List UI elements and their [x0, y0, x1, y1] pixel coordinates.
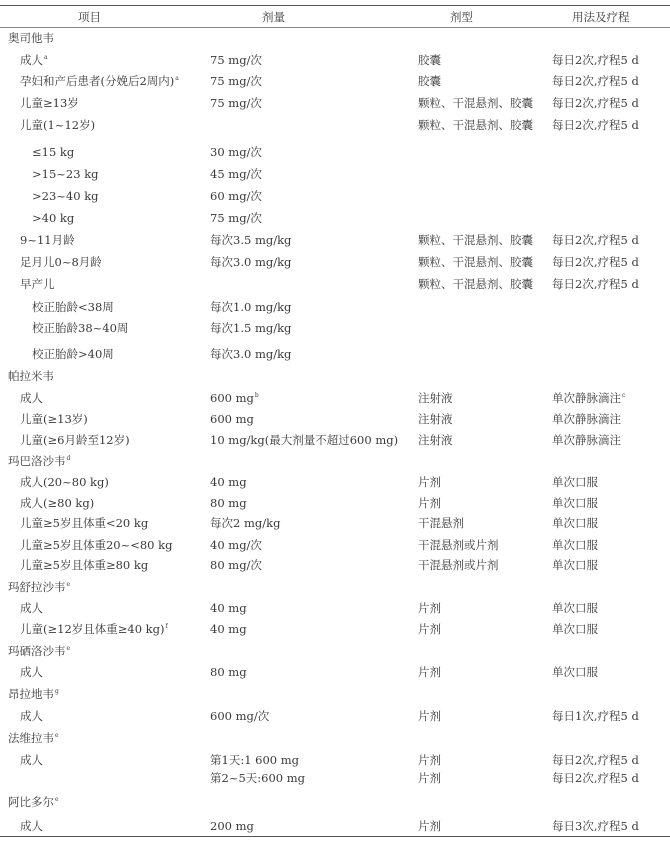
table-top-rule [0, 5, 670, 6]
usage-cell: 每日2次,疗程5 d [552, 116, 639, 134]
item-cell: 帕拉米韦 [8, 367, 54, 385]
table-row: 成人(≥80 kg)80 mg片剂单次口服 [0, 494, 670, 512]
dose-cell: 75 mg/次 [210, 209, 262, 227]
table-header-rule [0, 27, 670, 28]
form-cell: 注射液 [418, 410, 453, 428]
form-cell-text: 干混悬剂或片剂 [418, 558, 499, 572]
usage-cell-text: 单次口服 [552, 601, 598, 615]
usage-cell: 每日2次,疗程5 d [552, 94, 639, 112]
form-cell-text: 片剂 [418, 601, 441, 615]
item-cell-text: 成人 [20, 601, 43, 615]
dose-cell: 40 mg [210, 473, 247, 491]
drug-group-row: 昂拉地韦g [0, 685, 670, 703]
usage-cell-text: 每日2次,疗程5 d [552, 118, 639, 132]
drug-group-row: 奥司他韦 [0, 29, 670, 47]
dose-cell: 600 mgb [210, 389, 259, 407]
item-cell-text: 成人 [20, 391, 43, 405]
form-cell: 片剂 [418, 599, 441, 617]
form-cell: 干混悬剂 [418, 514, 464, 532]
dose-cell: 600 mg/次 [210, 707, 269, 725]
dose-cell: 每次3.5 mg/kg [210, 231, 291, 249]
form-cell: 片剂 [418, 620, 441, 638]
item-cell: ≤15 kg [32, 143, 74, 161]
table-row: ≤15 kg30 mg/次 [0, 143, 670, 161]
form-cell-text: 颗粒、干混悬剂、胶囊 [418, 277, 533, 291]
table-row: 成人a75 mg/次胶囊每日2次,疗程5 d [0, 51, 670, 69]
item-cell-text: 校正胎龄>40周 [32, 347, 114, 361]
usage-cell: 单次口服 [552, 536, 598, 554]
table-row: 足月儿0~8月龄每次3.0 mg/kg颗粒、干混悬剂、胶囊每日2次,疗程5 d [0, 253, 670, 271]
dose-cell-text: 600 mg [210, 391, 254, 405]
item-cell: 儿童(≥13岁) [20, 410, 88, 428]
dose-cell: 75 mg/次 [210, 72, 262, 90]
dose-cell: 每次1.0 mg/kg [210, 298, 291, 316]
dose-cell-text: 40 mg/次 [210, 538, 262, 552]
item-cell-text: 成人 [20, 709, 43, 723]
dose-cell: 60 mg/次 [210, 187, 262, 205]
table-bottom-rule [0, 836, 670, 837]
item-cell: >23~40 kg [32, 187, 99, 205]
usage-cell: 每日2次,疗程5 d [552, 275, 639, 293]
form-cell-text: 片剂 [418, 475, 441, 489]
item-cell-text: 帕拉米韦 [8, 369, 54, 383]
item-cell: 成人a [20, 51, 48, 69]
form-cell-text: 颗粒、干混悬剂、胶囊 [418, 233, 533, 247]
item-cell-text: 足月儿0~8月龄 [20, 255, 102, 269]
dose-cell-text: 75 mg/次 [210, 211, 262, 225]
footnote-marker: a [44, 54, 48, 61]
usage-cell-text: 单次口服 [552, 558, 598, 572]
table-row: 成人600 mg/次片剂每日1次,疗程5 d [0, 707, 670, 725]
dose-cell: 每次2 mg/kg [210, 514, 280, 532]
usage-cell: 单次口服 [552, 620, 598, 638]
item-cell-text: 儿童(1~12岁) [20, 118, 95, 132]
usage-cell: 每日2次,疗程5 d [552, 72, 639, 90]
item-cell-text: ≤15 kg [32, 145, 74, 159]
form-cell: 颗粒、干混悬剂、胶囊 [418, 231, 533, 249]
form-cell-text: 片剂 [418, 665, 441, 679]
table-row: 校正胎龄<38周每次1.0 mg/kg [0, 298, 670, 316]
table-row: 早产儿颗粒、干混悬剂、胶囊每日2次,疗程5 d [0, 275, 670, 293]
form-cell: 注射液 [418, 389, 453, 407]
item-cell: 儿童≥5岁且体重<20 kg [20, 514, 148, 532]
item-cell: 成人 [20, 389, 43, 407]
dose-cell: 每次1.5 mg/kg [210, 319, 291, 337]
table-row: 成人40 mg片剂单次口服 [0, 599, 670, 617]
item-cell-text: 成人 [20, 753, 43, 767]
dose-cell-text: 600 mg [210, 412, 254, 426]
item-cell-text: 法维拉韦 [8, 731, 54, 745]
item-cell-text: >15~23 kg [32, 167, 99, 181]
dose-cell: 45 mg/次 [210, 165, 262, 183]
form-cell-text: 干混悬剂 [418, 516, 464, 530]
usage-cell-line2: 每日2次,疗程5 d [552, 769, 639, 787]
form-cell: 胶囊 [418, 72, 441, 90]
table-row: 儿童≥5岁且体重20~<80 kg40 mg/次干混悬剂或片剂单次口服 [0, 536, 670, 554]
item-cell-text: 昂拉地韦 [8, 687, 54, 701]
table-row: 儿童(≥6月龄至12岁)10 mg/kg(最大剂量不超过600 mg)注射液单次… [0, 431, 670, 449]
form-cell-text: 片剂 [418, 622, 441, 636]
item-cell-text: 9~11月龄 [20, 233, 75, 247]
header-usage: 用法及疗程 [572, 9, 630, 25]
table-row: 校正胎龄38~40周每次1.5 mg/kg [0, 319, 670, 337]
table-row: 成人200 mg片剂每日3次,疗程5 d [0, 817, 670, 835]
usage-cell-text: 单次口服 [552, 538, 598, 552]
item-cell-text: 儿童(≥12岁且体重≥40 kg) [20, 622, 165, 636]
form-cell-text: 注射液 [418, 433, 453, 447]
item-cell: 成人(≥80 kg) [20, 494, 94, 512]
form-cell-text: 颗粒、干混悬剂、胶囊 [418, 255, 533, 269]
item-cell: 儿童≥5岁且体重20~<80 kg [20, 536, 172, 554]
dose-cell-text: 10 mg/kg(最大剂量不超过600 mg) [210, 433, 398, 447]
dose-cell-text: 75 mg/次 [210, 96, 262, 110]
form-cell: 干混悬剂或片剂 [418, 536, 499, 554]
item-cell-text: 成人 [20, 819, 43, 833]
dose-cell-text: 80 mg [210, 665, 247, 679]
usage-cell: 每日2次,疗程5 d [552, 253, 639, 271]
footnote-marker: c [622, 392, 625, 399]
form-cell: 片剂 [418, 663, 441, 681]
usage-cell-text: 单次口服 [552, 496, 598, 510]
item-cell: 9~11月龄 [20, 231, 75, 249]
drug-group-row: 帕拉米韦 [0, 367, 670, 385]
usage-cell: 单次口服 [552, 556, 598, 574]
item-cell: 足月儿0~8月龄 [20, 253, 102, 271]
item-cell-text: 儿童(≥13岁) [20, 412, 88, 426]
dose-cell-line2: 第2~5天:600 mg [210, 769, 305, 787]
form-cell-text: 片剂 [418, 753, 441, 767]
table-row: 成人80 mg片剂单次口服 [0, 663, 670, 681]
dose-cell: 75 mg/次 [210, 51, 262, 69]
item-cell: 成人 [20, 817, 43, 835]
item-cell: 儿童(1~12岁) [20, 116, 95, 134]
form-cell: 颗粒、干混悬剂、胶囊 [418, 94, 533, 112]
usage-cell: 每日2次,疗程5 d [552, 231, 639, 249]
usage-cell: 每日1次,疗程5 d [552, 707, 639, 725]
form-cell-text: 颗粒、干混悬剂、胶囊 [418, 96, 533, 110]
dose-cell-text: 每次3.5 mg/kg [210, 233, 291, 247]
header-form: 剂型 [450, 9, 473, 25]
item-cell: 成人(20~80 kg) [20, 473, 109, 491]
dose-cell: 200 mg [210, 817, 254, 835]
footnote-marker: d [67, 455, 71, 462]
form-cell-text: 颗粒、干混悬剂、胶囊 [418, 118, 533, 132]
dose-cell-text: 每次1.5 mg/kg [210, 321, 291, 335]
item-cell-text: 儿童≥5岁且体重20~<80 kg [20, 538, 172, 552]
footnote-marker: e [55, 732, 59, 739]
table-row: >40 kg75 mg/次 [0, 209, 670, 227]
usage-cell-text: 单次静脉滴注 [552, 433, 621, 447]
usage-cell: 单次口服 [552, 663, 598, 681]
usage-cell-text: 每日2次,疗程5 d [552, 277, 639, 291]
item-cell-text: 阿比多尔 [8, 795, 54, 809]
usage-cell: 每日2次,疗程5 d [552, 51, 639, 69]
item-cell: 早产儿 [20, 275, 55, 293]
dose-cell-text: 每次1.0 mg/kg [210, 300, 291, 314]
item-cell: 奥司他韦 [8, 29, 54, 47]
item-cell-text: >40 kg [32, 211, 74, 225]
item-cell: 儿童≥13岁 [20, 94, 79, 112]
table-row: 成人第1天:1 600 mg片剂每日2次,疗程5 d第2~5天:600 mg片剂… [0, 751, 670, 769]
footnote-marker: e [67, 581, 71, 588]
usage-cell: 单次静脉滴注 [552, 431, 621, 449]
dose-cell: 600 mg [210, 410, 254, 428]
usage-cell-text: 每日3次,疗程5 d [552, 819, 639, 833]
usage-cell: 单次口服 [552, 473, 598, 491]
item-cell-text: 校正胎龄38~40周 [32, 321, 128, 335]
form-cell-text: 胶囊 [418, 53, 441, 67]
usage-cell-text: 每日2次,疗程5 d [552, 753, 639, 767]
usage-cell-text: 每日2次,疗程5 d [552, 53, 639, 67]
dose-cell-text: 第1天:1 600 mg [210, 753, 299, 767]
item-cell: 阿比多尔e [8, 793, 59, 811]
usage-cell-text: 每日2次,疗程5 d [552, 96, 639, 110]
item-cell-text: 玛舒拉沙韦 [8, 580, 66, 594]
drug-group-row: 法维拉韦e [0, 729, 670, 747]
form-cell: 注射液 [418, 431, 453, 449]
dose-cell: 30 mg/次 [210, 143, 262, 161]
dose-cell: 40 mg/次 [210, 536, 262, 554]
item-cell: 成人 [20, 663, 43, 681]
item-cell-text: 成人 [20, 53, 43, 67]
item-cell: 成人 [20, 751, 43, 769]
table-row: 儿童(1~12岁)颗粒、干混悬剂、胶囊每日2次,疗程5 d [0, 116, 670, 134]
dose-cell-text: 40 mg [210, 601, 247, 615]
item-cell-text: 儿童(≥6月龄至12岁) [20, 433, 130, 447]
form-cell: 片剂 [418, 751, 441, 769]
item-cell-text: 玛硒洛沙韦 [8, 644, 66, 658]
form-cell-text: 片剂 [418, 819, 441, 833]
table-row: 校正胎龄>40周每次3.0 mg/kg [0, 345, 670, 363]
dose-cell: 每次3.0 mg/kg [210, 253, 291, 271]
footnote-marker: g [55, 688, 59, 695]
usage-cell-text: 每日2次,疗程5 d [552, 233, 639, 247]
item-cell-text: 成人 [20, 665, 43, 679]
form-cell-text: 注射液 [418, 412, 453, 426]
dose-cell-text: 75 mg/次 [210, 74, 262, 88]
dose-cell-text: 40 mg [210, 622, 247, 636]
drug-group-row: 玛硒洛沙韦e [0, 642, 670, 660]
item-cell: >15~23 kg [32, 165, 99, 183]
dose-cell-text: 45 mg/次 [210, 167, 262, 181]
item-cell-text: 玛巴洛沙韦 [8, 454, 66, 468]
item-cell-text: 早产儿 [20, 277, 55, 291]
item-cell-text: 奥司他韦 [8, 31, 54, 45]
dose-cell-text: 80 mg/次 [210, 558, 262, 572]
header-dose: 剂量 [262, 9, 285, 25]
item-cell-text: 儿童≥5岁且体重<20 kg [20, 516, 148, 530]
table-row: >15~23 kg45 mg/次 [0, 165, 670, 183]
dose-cell: 40 mg [210, 620, 247, 638]
form-cell: 颗粒、干混悬剂、胶囊 [418, 275, 533, 293]
table-row: 儿童≥13岁75 mg/次颗粒、干混悬剂、胶囊每日2次,疗程5 d [0, 94, 670, 112]
form-cell-line2: 片剂 [418, 769, 441, 787]
item-cell: 玛巴洛沙韦d [8, 452, 70, 470]
item-cell-text: >23~40 kg [32, 189, 99, 203]
dose-cell-text: 40 mg [210, 475, 247, 489]
item-cell-text: 孕妇和产后患者(分娩后2周内) [20, 74, 174, 88]
item-cell: 玛硒洛沙韦e [8, 642, 70, 660]
footnote-marker: e [67, 645, 71, 652]
table-row: 儿童(≥12岁且体重≥40 kg)f40 mg片剂单次口服 [0, 620, 670, 638]
item-cell: 成人 [20, 707, 43, 725]
footnote-marker: a [175, 75, 179, 82]
form-cell: 片剂 [418, 707, 441, 725]
usage-cell: 单次口服 [552, 599, 598, 617]
usage-cell: 单次口服 [552, 494, 598, 512]
item-cell: 校正胎龄<38周 [32, 298, 114, 316]
usage-cell-text: 单次口服 [552, 475, 598, 489]
drug-group-row: 阿比多尔e [0, 793, 670, 811]
item-cell: 成人 [20, 599, 43, 617]
usage-cell-text: 单次口服 [552, 622, 598, 636]
item-cell-text: 校正胎龄<38周 [32, 300, 114, 314]
form-cell-text: 片剂 [418, 496, 441, 510]
item-cell-text: 成人(20~80 kg) [20, 475, 109, 489]
usage-cell: 单次静脉滴注c [552, 389, 625, 407]
table-row: 成人(20~80 kg)40 mg片剂单次口服 [0, 473, 670, 491]
dose-cell: 10 mg/kg(最大剂量不超过600 mg) [210, 431, 398, 449]
item-cell: 孕妇和产后患者(分娩后2周内)a [20, 72, 179, 90]
table-row: 孕妇和产后患者(分娩后2周内)a75 mg/次胶囊每日2次,疗程5 d [0, 72, 670, 90]
item-cell: 校正胎龄>40周 [32, 345, 114, 363]
item-cell: >40 kg [32, 209, 74, 227]
form-cell: 颗粒、干混悬剂、胶囊 [418, 116, 533, 134]
usage-cell-text: 单次静脉滴注 [552, 391, 621, 405]
dose-cell-text: 每次3.0 mg/kg [210, 255, 291, 269]
table-row: 成人600 mgb注射液单次静脉滴注c [0, 389, 670, 407]
table-row: 儿童(≥13岁)600 mg注射液单次静脉滴注 [0, 410, 670, 428]
usage-cell: 每日2次,疗程5 d [552, 751, 639, 769]
dose-cell-text: 每次3.0 mg/kg [210, 347, 291, 361]
dose-cell: 75 mg/次 [210, 94, 262, 112]
item-cell: 儿童≥5岁且体重≥80 kg [20, 556, 148, 574]
usage-cell: 单次口服 [552, 514, 598, 532]
form-cell: 胶囊 [418, 51, 441, 69]
usage-cell-text: 每日1次,疗程5 d [552, 709, 639, 723]
item-cell: 昂拉地韦g [8, 685, 59, 703]
dose-cell-text: 600 mg/次 [210, 709, 269, 723]
usage-cell-text: 每日2次,疗程5 d [552, 74, 639, 88]
dose-cell: 每次3.0 mg/kg [210, 345, 291, 363]
footnote-marker: f [166, 623, 168, 630]
form-cell-text: 注射液 [418, 391, 453, 405]
form-cell-text: 干混悬剂或片剂 [418, 538, 499, 552]
form-cell: 颗粒、干混悬剂、胶囊 [418, 253, 533, 271]
form-cell-text: 胶囊 [418, 74, 441, 88]
item-cell-text: 儿童≥13岁 [20, 96, 79, 110]
item-cell-text: 成人(≥80 kg) [20, 496, 94, 510]
usage-cell-text: 单次口服 [552, 516, 598, 530]
form-cell: 片剂 [418, 817, 441, 835]
dose-cell: 80 mg [210, 663, 247, 681]
dose-cell: 80 mg/次 [210, 556, 262, 574]
item-cell: 玛舒拉沙韦e [8, 578, 70, 596]
usage-cell: 每日3次,疗程5 d [552, 817, 639, 835]
dose-cell-text: 每次2 mg/kg [210, 516, 280, 530]
dose-cell: 40 mg [210, 599, 247, 617]
drug-group-row: 玛舒拉沙韦e [0, 578, 670, 596]
form-cell: 片剂 [418, 494, 441, 512]
table-row: 9~11月龄每次3.5 mg/kg颗粒、干混悬剂、胶囊每日2次,疗程5 d [0, 231, 670, 249]
table-row: 儿童≥5岁且体重<20 kg每次2 mg/kg干混悬剂单次口服 [0, 514, 670, 532]
item-cell: 法维拉韦e [8, 729, 59, 747]
footnote-marker: b [255, 392, 259, 399]
table-row: >23~40 kg60 mg/次 [0, 187, 670, 205]
item-cell-text: 儿童≥5岁且体重≥80 kg [20, 558, 148, 572]
header-item: 项目 [78, 9, 101, 25]
form-cell: 干混悬剂或片剂 [418, 556, 499, 574]
dose-cell-text: 75 mg/次 [210, 53, 262, 67]
dose-cell-text: 60 mg/次 [210, 189, 262, 203]
table-row: 儿童≥5岁且体重≥80 kg80 mg/次干混悬剂或片剂单次口服 [0, 556, 670, 574]
usage-cell: 单次静脉滴注 [552, 410, 621, 428]
drug-group-row: 玛巴洛沙韦d [0, 452, 670, 470]
dose-cell: 80 mg [210, 494, 247, 512]
item-cell: 校正胎龄38~40周 [32, 319, 128, 337]
item-cell: 儿童(≥12岁且体重≥40 kg)f [20, 620, 168, 638]
usage-cell-text: 单次静脉滴注 [552, 412, 621, 426]
form-cell: 片剂 [418, 473, 441, 491]
dose-cell-text: 80 mg [210, 496, 247, 510]
form-cell-text: 片剂 [418, 709, 441, 723]
footnote-marker: e [55, 796, 59, 803]
item-cell: 儿童(≥6月龄至12岁) [20, 431, 130, 449]
usage-cell-text: 单次口服 [552, 665, 598, 679]
dose-cell-text: 200 mg [210, 819, 254, 833]
usage-cell-text: 每日2次,疗程5 d [552, 255, 639, 269]
dose-cell: 第1天:1 600 mg [210, 751, 299, 769]
dose-cell-text: 30 mg/次 [210, 145, 262, 159]
